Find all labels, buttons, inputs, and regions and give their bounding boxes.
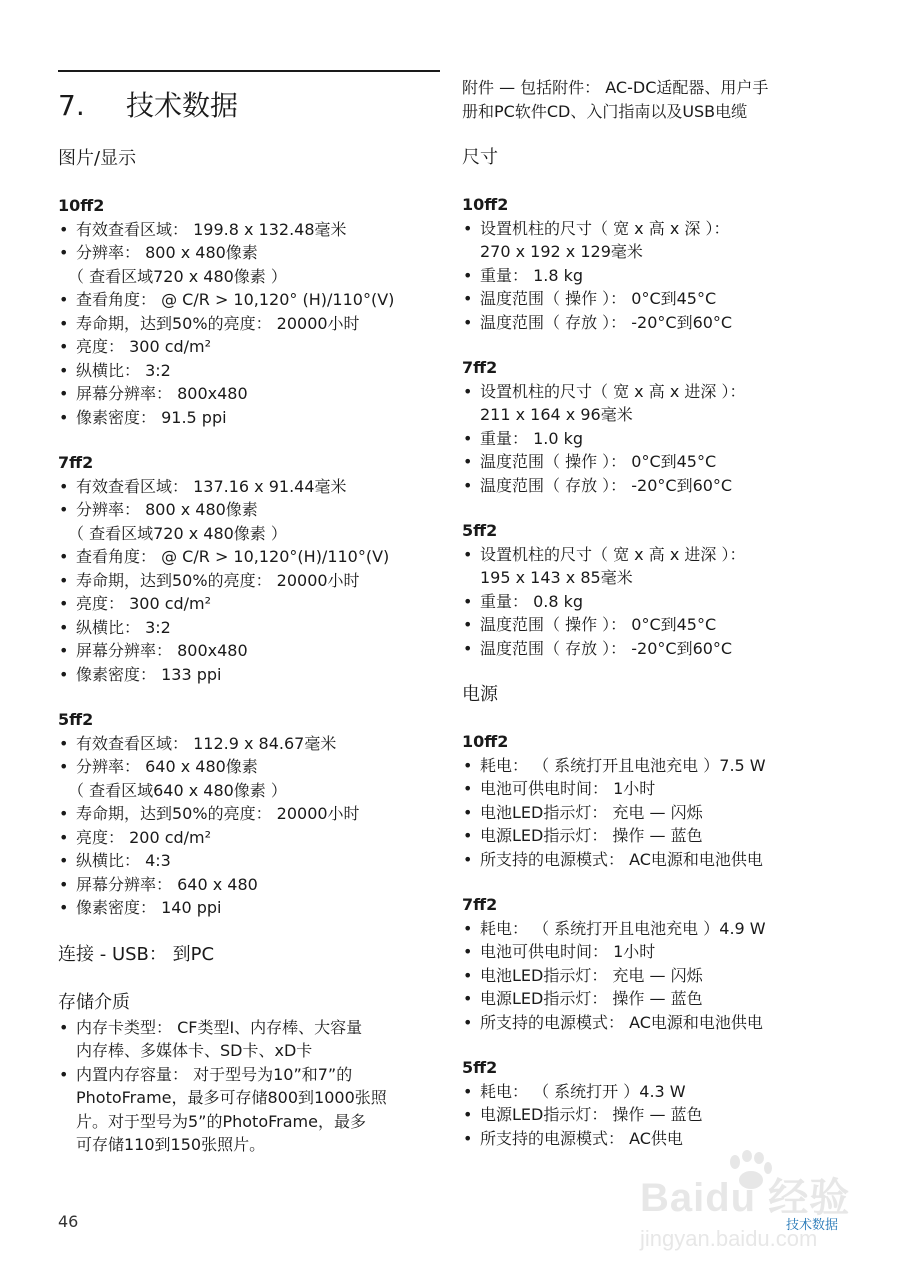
list-item: 耗电： （ 系统打开 ）4.3 W: [462, 1080, 852, 1104]
list-item: 电源LED指示灯： 操作 — 蓝色: [462, 824, 852, 848]
list-item: 设置机柱的尺寸（ 宽 x 高 x 深 ）：: [462, 217, 852, 241]
list-item: 重量： 1.8 kg: [462, 264, 852, 288]
power-list-5ff2: 耗电： （ 系统打开 ）4.3 W 电源LED指示灯： 操作 — 蓝色 所支持的…: [462, 1080, 852, 1151]
display-list-7ff2: 有效查看区域： 137.16 x 91.44毫米 分辨率： 800 x 480像…: [58, 475, 448, 687]
chapter-rule: [58, 70, 440, 72]
list-item: 温度范围（ 存放 ）： -20°C到60°C: [462, 311, 852, 335]
list-item: 电池可供电时间： 1小时: [462, 777, 852, 801]
list-item: 纵横比： 3:2: [58, 359, 448, 383]
list-item: 电池LED指示灯： 充电 — 闪烁: [462, 801, 852, 825]
list-item: 内置内存容量： 对于型号为10”和7”的: [58, 1063, 448, 1087]
dimensions-list-10ff2: 设置机柱的尺寸（ 宽 x 高 x 深 ）： 270 x 192 x 129毫米 …: [462, 217, 852, 335]
dimensions-list-7ff2: 设置机柱的尺寸（ 宽 x 高 x 进深 ）： 211 x 164 x 96毫米 …: [462, 380, 852, 498]
list-item: 分辨率： 640 x 480像素: [58, 755, 448, 779]
footer-section-label: 技术数据: [786, 1214, 838, 1233]
power-list-7ff2: 耗电： （ 系统打开且电池充电 ）4.9 W 电池可供电时间： 1小时 电池LE…: [462, 917, 852, 1035]
accessories-line: 册和PC软件CD、入门指南以及USB电缆: [462, 100, 852, 124]
chapter-title: 技术数据: [126, 89, 238, 122]
storage-list: 内存卡类型： CF类型I、内存棒、大容量 内存棒、多媒体卡、SD卡、xD卡 内置…: [58, 1016, 448, 1157]
list-item-continuation: （ 查看区域720 x 480像素 ）: [58, 265, 448, 289]
chapter-heading: 7.技术数据: [58, 88, 238, 124]
storage-section-title: 存储介质: [58, 990, 448, 1016]
accessories-line: 附件 — 包括附件： AC-DC适配器、用户手: [462, 76, 852, 100]
list-item-continuation: PhotoFrame，最多可存储800到1000张照: [58, 1086, 448, 1110]
paw-icon: [725, 1150, 775, 1190]
dimensions-model-10ff2: 10ff2: [462, 193, 852, 217]
list-item: 有效查看区域： 137.16 x 91.44毫米: [58, 475, 448, 499]
list-item: 温度范围（ 操作 ）： 0°C到45°C: [462, 613, 852, 637]
list-item-continuation: 片。对于型号为5”的PhotoFrame，最多: [58, 1110, 448, 1134]
list-item-continuation: 可存储110到150张照片。: [58, 1133, 448, 1157]
list-item: 重量： 0.8 kg: [462, 590, 852, 614]
display-list-10ff2: 有效查看区域： 199.8 x 132.48毫米 分辨率： 800 x 480像…: [58, 218, 448, 430]
list-item: 电池可供电时间： 1小时: [462, 940, 852, 964]
list-item-continuation: （ 查看区域640 x 480像素 ）: [58, 779, 448, 803]
list-item: 重量： 1.0 kg: [462, 427, 852, 451]
display-list-5ff2: 有效查看区域： 112.9 x 84.67毫米 分辨率： 640 x 480像素…: [58, 732, 448, 920]
power-section-title: 电源: [462, 682, 852, 708]
dimensions-model-7ff2: 7ff2: [462, 356, 852, 380]
power-model-10ff2: 10ff2: [462, 730, 852, 754]
list-item: 电池LED指示灯： 充电 — 闪烁: [462, 964, 852, 988]
list-item: 像素密度： 91.5 ppi: [58, 406, 448, 430]
power-list-10ff2: 耗电： （ 系统打开且电池充电 ）7.5 W 电池可供电时间： 1小时 电池LE…: [462, 754, 852, 872]
list-item: 寿命期，达到50%的亮度： 20000小时: [58, 569, 448, 593]
list-item: 屏幕分辨率： 640 x 480: [58, 873, 448, 897]
list-item: 亮度： 300 cd/m²: [58, 335, 448, 359]
list-item: 纵横比： 4:3: [58, 849, 448, 873]
baidu-watermark: Baidu 经验 jingyan.baidu.com: [640, 1150, 860, 1260]
list-item: 有效查看区域： 199.8 x 132.48毫米: [58, 218, 448, 242]
display-model-10ff2: 10ff2: [58, 194, 448, 218]
display-section-title: 图片/显示: [58, 146, 448, 172]
list-item: 寿命期，达到50%的亮度： 20000小时: [58, 312, 448, 336]
page-number: 46: [58, 1212, 78, 1231]
list-item-continuation: 270 x 192 x 129毫米: [462, 240, 852, 264]
list-item: 有效查看区域： 112.9 x 84.67毫米: [58, 732, 448, 756]
list-item: 分辨率： 800 x 480像素: [58, 498, 448, 522]
list-item: 查看角度： @ C/R > 10,120° (H)/110°(V): [58, 288, 448, 312]
list-item: 屏幕分辨率： 800x480: [58, 639, 448, 663]
list-item: 分辨率： 800 x 480像素: [58, 241, 448, 265]
list-item: 纵横比： 3:2: [58, 616, 448, 640]
list-item: 所支持的电源模式： AC供电: [462, 1127, 852, 1151]
display-model-7ff2: 7ff2: [58, 451, 448, 475]
left-column: 图片/显示 10ff2 有效查看区域： 199.8 x 132.48毫米 分辨率…: [58, 146, 448, 1157]
list-item: 寿命期，达到50%的亮度： 20000小时: [58, 802, 448, 826]
power-model-5ff2: 5ff2: [462, 1056, 852, 1080]
list-item: 查看角度： @ C/R > 10,120°(H)/110°(V): [58, 545, 448, 569]
list-item: 温度范围（ 存放 ）： -20°C到60°C: [462, 637, 852, 661]
connection-section: 连接 - USB： 到PC: [58, 942, 448, 968]
right-column: 附件 — 包括附件： AC-DC适配器、用户手 册和PC软件CD、入门指南以及U…: [462, 76, 852, 1150]
list-item: 耗电： （ 系统打开且电池充电 ）7.5 W: [462, 754, 852, 778]
list-item: 内存卡类型： CF类型I、内存棒、大容量: [58, 1016, 448, 1040]
list-item: 温度范围（ 存放 ）： -20°C到60°C: [462, 474, 852, 498]
list-item: 所支持的电源模式： AC电源和电池供电: [462, 1011, 852, 1035]
list-item: 设置机柱的尺寸（ 宽 x 高 x 进深 ）：: [462, 543, 852, 567]
display-model-5ff2: 5ff2: [58, 708, 448, 732]
list-item: 电源LED指示灯： 操作 — 蓝色: [462, 987, 852, 1011]
dimensions-list-5ff2: 设置机柱的尺寸（ 宽 x 高 x 进深 ）： 195 x 143 x 85毫米 …: [462, 543, 852, 661]
list-item: 亮度： 200 cd/m²: [58, 826, 448, 850]
list-item: 耗电： （ 系统打开且电池充电 ）4.9 W: [462, 917, 852, 941]
list-item-continuation: 211 x 164 x 96毫米: [462, 403, 852, 427]
list-item-continuation: 内存棒、多媒体卡、SD卡、xD卡: [58, 1039, 448, 1063]
list-item: 温度范围（ 操作 ）： 0°C到45°C: [462, 287, 852, 311]
power-model-7ff2: 7ff2: [462, 893, 852, 917]
list-item: 屏幕分辨率： 800x480: [58, 382, 448, 406]
list-item: 设置机柱的尺寸（ 宽 x 高 x 进深 ）：: [462, 380, 852, 404]
list-item-continuation: 195 x 143 x 85毫米: [462, 566, 852, 590]
chapter-number: 7.: [58, 88, 126, 124]
list-item-continuation: （ 查看区域720 x 480像素 ）: [58, 522, 448, 546]
list-item: 像素密度： 133 ppi: [58, 663, 448, 687]
dimensions-section-title: 尺寸: [462, 145, 852, 171]
list-item: 电源LED指示灯： 操作 — 蓝色: [462, 1103, 852, 1127]
list-item: 所支持的电源模式： AC电源和电池供电: [462, 848, 852, 872]
list-item: 温度范围（ 操作 ）： 0°C到45°C: [462, 450, 852, 474]
dimensions-model-5ff2: 5ff2: [462, 519, 852, 543]
list-item: 亮度： 300 cd/m²: [58, 592, 448, 616]
list-item: 像素密度： 140 ppi: [58, 896, 448, 920]
